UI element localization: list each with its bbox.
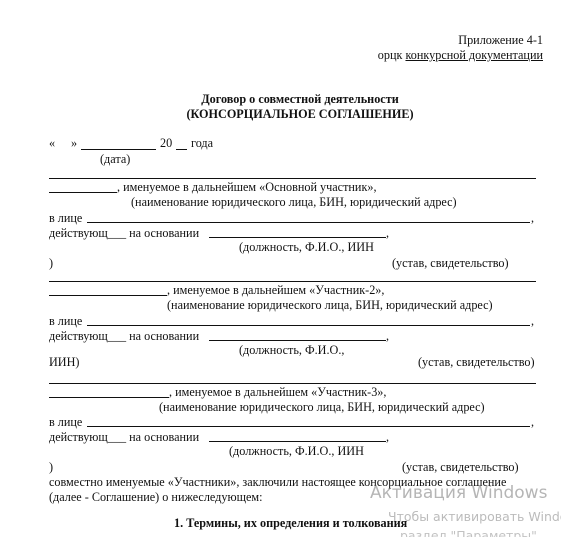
party3-in-person: в лице <box>49 416 82 428</box>
year-suffix: года <box>191 137 213 149</box>
party3-name-line2[interactable] <box>49 397 169 398</box>
comma: , <box>531 212 534 224</box>
party3-named-text: , именуемое в дальнейшем «Участник-3», <box>169 386 386 398</box>
party3-acting: действующ___ на основании <box>49 431 199 443</box>
comma: , <box>531 416 534 428</box>
appendix-subtitle: орцк конкурсной документации <box>378 49 543 61</box>
party3-paren-close: ) <box>49 461 53 473</box>
comma: , <box>386 227 389 239</box>
party1-representative-field[interactable] <box>87 222 530 223</box>
party2-name-line[interactable] <box>49 281 536 282</box>
windows-activation-title: Активация Windows <box>370 485 547 502</box>
party1-paren-close: ) <box>49 257 53 269</box>
party2-representative-field[interactable] <box>87 325 530 326</box>
tender-docs-link[interactable]: конкурсной документации <box>405 48 543 62</box>
party1-name-label: (наименование юридического лица, БИН, юр… <box>131 196 457 208</box>
party2-basis-label: (устав, свидетельство) <box>418 356 535 368</box>
party3-name-label: (наименование юридического лица, БИН, юр… <box>159 401 485 413</box>
date-open-quote: « <box>49 137 55 149</box>
windows-activation-hint: Чтобы активировать Windows, перейдите в <box>388 511 561 524</box>
party2-acting: действующ___ на основании <box>49 330 199 342</box>
section1-heading: 1. Термины, их определения и толкования <box>174 517 407 529</box>
date-field[interactable] <box>81 149 156 150</box>
year-prefix: 20 <box>160 137 172 149</box>
party3-basis-field[interactable] <box>209 441 386 442</box>
party2-named-text: , именуемое в дальнейшем «Участник-2», <box>167 284 384 296</box>
party2-position-label: (должность, Ф.И.О., <box>239 344 344 356</box>
party2-paren-close: ИИН) <box>49 356 79 368</box>
windows-activation-settings: раздел "Параметры". <box>400 530 541 537</box>
comma: , <box>531 315 534 327</box>
party3-name-line[interactable] <box>49 383 536 384</box>
party3-position-label: (должность, Ф.И.О., ИИН <box>229 445 364 457</box>
party1-name-line2[interactable] <box>49 192 117 193</box>
document-subtitle: (КОНСОРЦИАЛЬНОЕ СОГЛАШЕНИЕ) <box>0 108 561 120</box>
date-label: (дата) <box>100 153 130 165</box>
party1-in-person: в лице <box>49 212 82 224</box>
document-title: Договор о совместной деятельности <box>0 93 561 105</box>
party1-named-text: , именуемое в дальнейшем «Основной участ… <box>117 181 377 193</box>
party3-basis-label: (устав, свидетельство) <box>402 461 519 473</box>
comma: , <box>386 330 389 342</box>
party1-basis-field[interactable] <box>209 237 386 238</box>
party2-basis-field[interactable] <box>209 340 386 341</box>
appendix-prefix: орцк <box>378 48 406 62</box>
appendix-label: Приложение 4-1 <box>458 34 543 46</box>
party2-name-label: (наименование юридического лица, БИН, юр… <box>167 299 493 311</box>
party1-acting: действующ___ на основании <box>49 227 199 239</box>
party2-in-person: в лице <box>49 315 82 327</box>
party1-name-line[interactable] <box>49 178 536 179</box>
party3-representative-field[interactable] <box>87 426 530 427</box>
closing-line2: (далее - Соглашение) о нижеследующем: <box>49 491 262 503</box>
comma: , <box>386 431 389 443</box>
party1-basis-label: (устав, свидетельство) <box>392 257 509 269</box>
party2-name-line2[interactable] <box>49 295 167 296</box>
party1-position-label: (должность, Ф.И.О., ИИН <box>239 241 374 253</box>
year-field[interactable] <box>176 149 187 150</box>
date-close-quote: » <box>71 137 77 149</box>
